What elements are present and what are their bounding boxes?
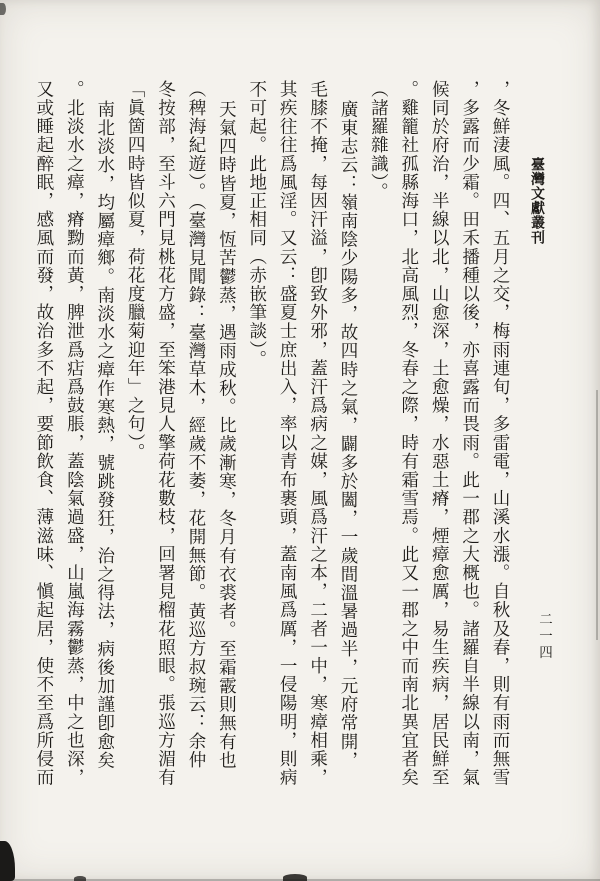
scan-artifact-right-edge-line <box>596 390 598 640</box>
text-column: 其疾往往爲風淫。又云：盛夏士庶出入，率以青布裹頭，蓋南風爲厲，一侵陽明，則病 <box>273 80 303 844</box>
scanned-book-page: 臺灣文獻叢刊 二一四 ，冬鮮淒風。四、五月之交，梅雨連旬，多雷電，山溪水漲。自秋… <box>0 0 600 881</box>
scan-artifact-bottom-left-blob <box>0 841 15 881</box>
text-column: 。北淡水之瘴，瘠黝而黃，脾泄爲痁爲鼓脹，蓋陰氣過盛，山嵐海霧鬱蒸，中之也深， <box>60 80 90 844</box>
text-column: 南北淡水，均屬瘴鄉。南淡水之瘴作寒熱，號跳發狂，治之得法，病後加謹卽愈矣 <box>90 80 120 844</box>
text-column: 「眞箇四時皆似夏，荷花度臘菊迎年」之句）。 <box>121 80 151 844</box>
page-number: 二一四 <box>534 612 554 662</box>
text-column: ，多露而少霜。田禾播種以後，亦喜露而畏雨。此一郡之大概也。諸羅自半線以南，氣 <box>455 80 485 844</box>
text-column: 不可起。此地正相同（赤嵌筆談）。 <box>242 80 272 844</box>
text-column: 冬按部，至斗六門見桃花方盛，至笨港見人擎荷花數枝，回署見榴花照眼。張巡方湄有 <box>151 80 181 844</box>
text-column: 候同於府治，半線以北，山愈深，土愈燥，水惡土瘠，煙瘴愈厲，易生疾病，居民鮮至 <box>425 80 455 844</box>
text-column: ，冬鮮淒風。四、五月之交，梅雨連旬，多雷電，山溪水漲。自秋及春，則有雨而無雪 <box>486 80 516 844</box>
text-column: 毛膝不掩，每因汗溢，卽致外邪，蓋汗爲病之媒，風爲汗之本，二者一中，寒瘴相乘， <box>303 80 333 844</box>
text-column: （諸羅雜識）。 <box>364 80 394 844</box>
text-column: 廣東志云：嶺南陰少陽多，故四時之氣，闢多於闔，一歲間溫暑過半，元府常開， <box>334 80 364 844</box>
text-column: 又或睡起醉眠，感風而發，故治多不起，要節飲食、薄滋味、愼起居，使不至爲所侵而 <box>30 80 60 844</box>
scan-artifact-top-left <box>0 3 6 15</box>
text-column: 。雞籠社孤縣海口，北高風烈，冬春之際，時有霜雪焉。此又一郡之中而南北異宜者矣 <box>394 80 424 844</box>
text-columns: ，冬鮮淒風。四、五月之交，梅雨連旬，多雷電，山溪水漲。自秋及春，則有雨而無雪，多… <box>30 80 517 844</box>
book-series-title: 臺灣文獻叢刊 <box>526 157 546 245</box>
text-column: （稗海紀遊）。（臺灣見聞錄：臺灣草木，經歲不萎，花開無節。黃巡方叔琬云：余仲 <box>182 80 212 844</box>
text-column: 天氣四時皆夏，恆苦鬱蒸，遇雨成秋。比歲漸寒，冬月有衣裘者。至霜霰則無有也 <box>212 80 242 844</box>
